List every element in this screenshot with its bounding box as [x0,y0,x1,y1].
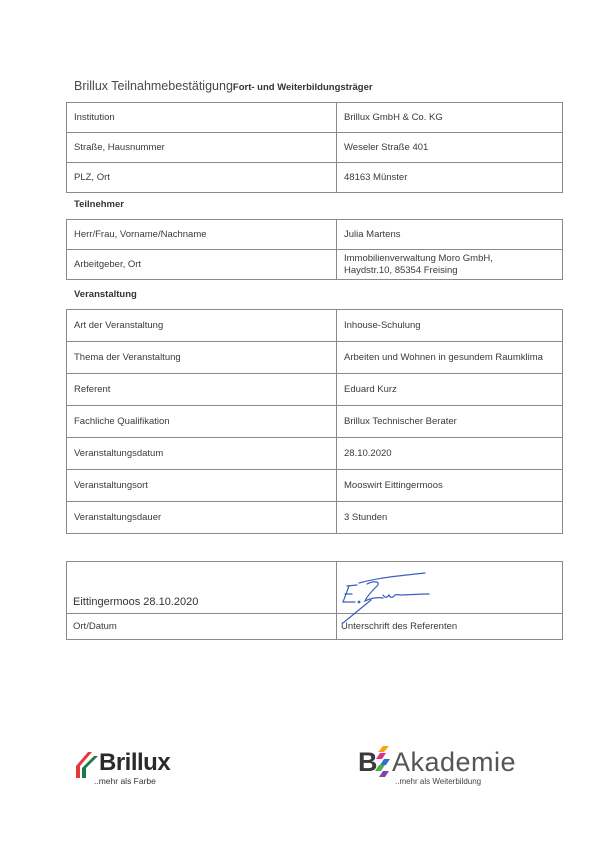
signature-box: Eittingermoos 28.10.2020 Ort/Datum Unter… [66,561,563,640]
table-row: Arbeitgeber, Ort Immobilienverwaltung Mo… [67,250,563,280]
table-row: Veranstaltungsdauer 3 Stunden [67,502,563,534]
row-label: Referent [67,374,337,406]
row-value: Mooswirt Eittingermoos [337,470,563,502]
akademie-wordmark: Akademie [392,747,516,778]
brillux-wordmark: Brillux [99,749,170,777]
row-label: Straße, Hausnummer [67,133,337,163]
row-value: Brillux GmbH & Co. KG [337,103,563,133]
row-value: 3 Stunden [337,502,563,534]
row-divider [67,613,562,614]
table-row: Thema der Veranstaltung Arbeiten und Woh… [67,342,563,374]
row-value: Julia Martens [337,220,563,250]
section-heading-event: Veranstaltung [74,289,137,300]
title-main: Brillux Teilnahmebestätigung [74,79,233,93]
row-value: 28.10.2020 [337,438,563,470]
row-value: Inhouse-Schulung [337,310,563,342]
row-value: Arbeiten und Wohnen in gesundem Raumklim… [337,342,563,374]
row-label: Veranstaltungsdauer [67,502,337,534]
table-row: Referent Eduard Kurz [67,374,563,406]
handwritten-signature [337,568,457,628]
institution-table: Institution Brillux GmbH & Co. KG Straße… [66,102,563,193]
row-label: Herr/Frau, Vorname/Nachname [67,220,337,250]
row-label: Fachliche Qualifikation [67,406,337,438]
table-row: Fachliche Qualifikation Brillux Technisc… [67,406,563,438]
table-row: Institution Brillux GmbH & Co. KG [67,103,563,133]
place-date-label: Ort/Datum [73,621,117,632]
row-label: PLZ, Ort [67,163,337,193]
row-value: Immobilienverwaltung Moro GmbH,Haydstr.1… [337,250,563,280]
title-subtitle: Fort- und Weiterbildungsträger [233,82,373,93]
table-row: PLZ, Ort 48163 Münster [67,163,563,193]
brillux-stripes-icon [76,752,98,778]
document-title: Brillux TeilnahmebestätigungFort- und We… [74,79,373,93]
employer-line-2: Haydstr.10, 85354 Freising [344,265,458,276]
event-table: Art der Veranstaltung Inhouse-Schulung T… [66,309,563,534]
section-heading-participant: Teilnehmer [74,199,124,210]
akademie-color-icon [375,746,391,780]
participant-table: Herr/Frau, Vorname/Nachname Julia Marten… [66,219,563,280]
row-value: Weseler Straße 401 [337,133,563,163]
row-label: Institution [67,103,337,133]
akademie-tagline: ..mehr als Weiterbildung [395,777,481,786]
row-value: Eduard Kurz [337,374,563,406]
table-row: Straße, Hausnummer Weseler Straße 401 [67,133,563,163]
row-label: Veranstaltungsort [67,470,337,502]
brillux-tagline: ..mehr als Farbe [94,776,156,786]
row-value: Brillux Technischer Berater [337,406,563,438]
row-value: 48163 Münster [337,163,563,193]
table-row: Veranstaltungsort Mooswirt Eittingermoos [67,470,563,502]
row-label: Thema der Veranstaltung [67,342,337,374]
table-row: Herr/Frau, Vorname/Nachname Julia Marten… [67,220,563,250]
table-row: Art der Veranstaltung Inhouse-Schulung [67,310,563,342]
place-date-value: Eittingermoos 28.10.2020 [73,596,198,608]
row-label: Arbeitgeber, Ort [67,250,337,280]
row-label: Art der Veranstaltung [67,310,337,342]
employer-line-1: Immobilienverwaltung Moro GmbH, [344,253,493,264]
row-label: Veranstaltungsdatum [67,438,337,470]
table-row: Veranstaltungsdatum 28.10.2020 [67,438,563,470]
